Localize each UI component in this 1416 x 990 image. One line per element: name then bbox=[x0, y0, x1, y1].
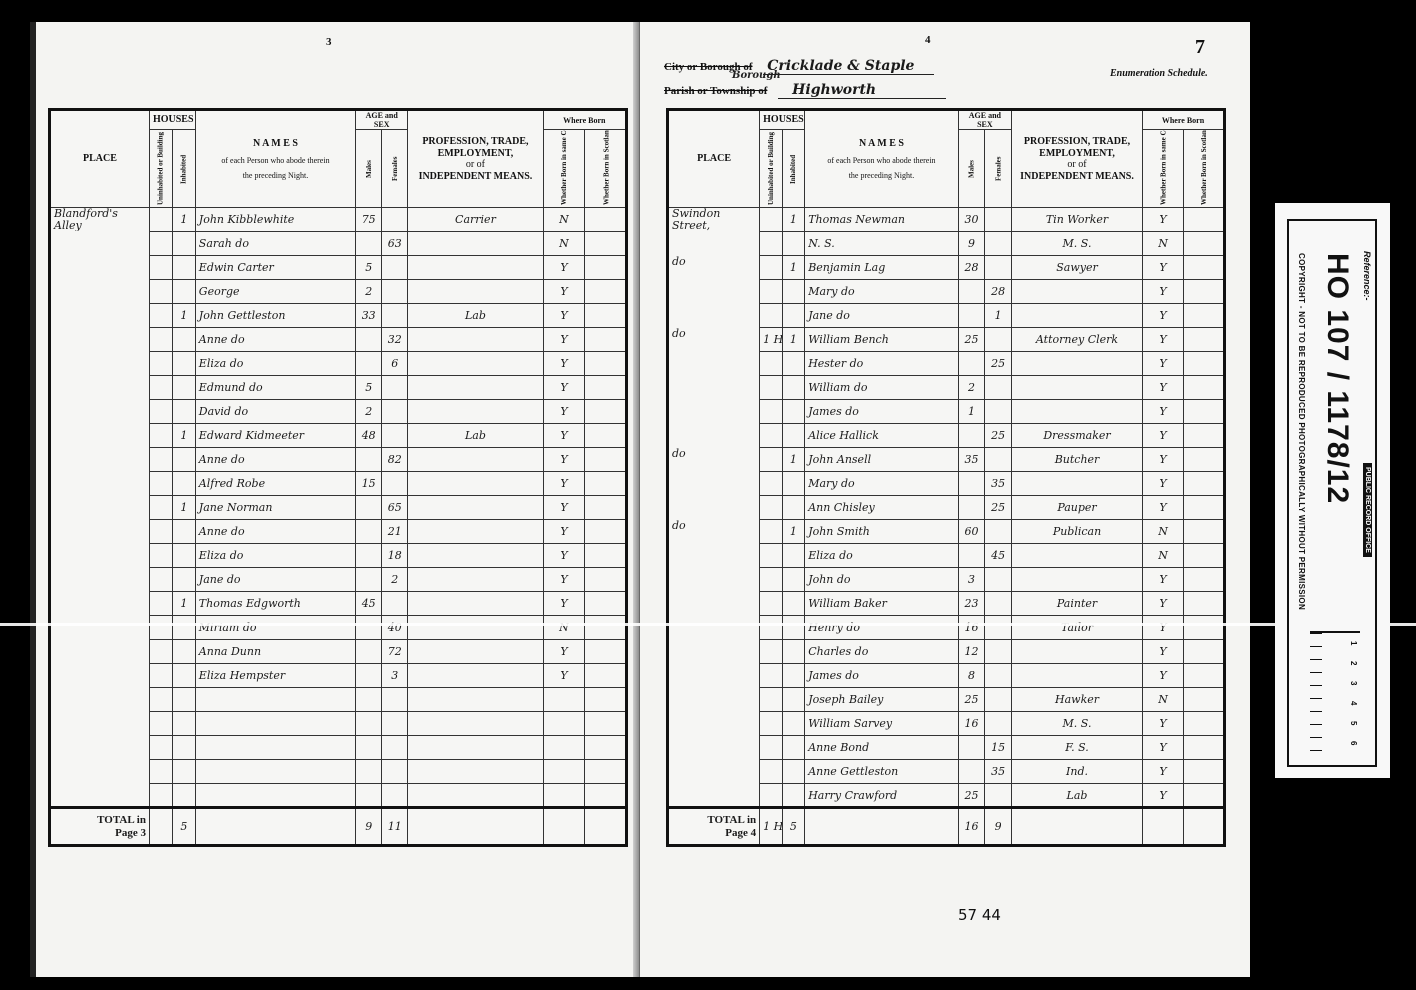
cell-male: 23 bbox=[958, 592, 985, 616]
cell-same-county: Y bbox=[1143, 568, 1184, 592]
cell-inhabited bbox=[172, 352, 195, 376]
cell-place bbox=[50, 664, 150, 688]
cell-place bbox=[668, 400, 760, 424]
cell-occupation bbox=[408, 280, 543, 304]
census-row bbox=[50, 760, 627, 784]
ruler-tick: 6 bbox=[1349, 741, 1358, 745]
cell-uninhabited bbox=[760, 496, 783, 520]
cell-male: 16 bbox=[958, 712, 985, 736]
cell-male: 25 bbox=[958, 784, 985, 808]
total-inhabited: 5 bbox=[782, 808, 805, 846]
census-row bbox=[50, 736, 627, 760]
cell-inhabited bbox=[782, 736, 805, 760]
cell-female bbox=[985, 568, 1012, 592]
cell-uninhabited bbox=[149, 736, 172, 760]
cell-same-county: Y bbox=[1143, 376, 1184, 400]
cell-name bbox=[195, 688, 355, 712]
cell-place bbox=[50, 328, 150, 352]
header-place: PLACE bbox=[668, 110, 760, 208]
cell-occupation bbox=[408, 520, 543, 544]
cell-male bbox=[356, 544, 382, 568]
cell-female bbox=[985, 376, 1012, 400]
cell-male: 12 bbox=[958, 640, 985, 664]
cell-uninhabited bbox=[149, 400, 172, 424]
cell-same-county: Y bbox=[543, 592, 585, 616]
cell-inhabited bbox=[782, 352, 805, 376]
cell-uninhabited bbox=[149, 640, 172, 664]
cell-inhabited bbox=[172, 448, 195, 472]
cell-foreign bbox=[585, 256, 627, 280]
census-row: Eliza do6Y bbox=[50, 352, 627, 376]
cell-male bbox=[356, 616, 382, 640]
cell-female bbox=[382, 472, 408, 496]
cell-female bbox=[382, 760, 408, 784]
cell-uninhabited bbox=[760, 640, 783, 664]
cell-place bbox=[668, 424, 760, 448]
cell-male: 1 bbox=[958, 400, 985, 424]
cell-occupation: Lab bbox=[408, 304, 543, 328]
cell-same-county: Y bbox=[543, 448, 585, 472]
cell-foreign bbox=[1183, 712, 1224, 736]
cell-male bbox=[356, 352, 382, 376]
cell-male: 16 bbox=[958, 616, 985, 640]
parish-label: Parish or Township of bbox=[664, 85, 767, 97]
cell-uninhabited bbox=[760, 760, 783, 784]
cell-female bbox=[382, 280, 408, 304]
cell-name: Edmund do bbox=[195, 376, 355, 400]
header-uninhabited: Uninhabited or Building bbox=[149, 130, 172, 208]
census-row: do1John Smith60PublicanN bbox=[668, 520, 1225, 544]
census-row: Blandford's Alley1John Kibblewhite75Carr… bbox=[50, 208, 627, 232]
cell-place bbox=[668, 688, 760, 712]
total-males: 9 bbox=[356, 808, 382, 846]
cell-same-county: Y bbox=[1143, 736, 1184, 760]
cell-female bbox=[985, 232, 1012, 256]
total-label-line-2: Page 4 bbox=[672, 827, 756, 840]
census-row: Eliza Hempster3Y bbox=[50, 664, 627, 688]
total-uninhabited bbox=[149, 808, 172, 846]
total-label-line-1: TOTAL in bbox=[54, 814, 146, 827]
cell-uninhabited bbox=[149, 496, 172, 520]
cell-uninhabited bbox=[149, 760, 172, 784]
cell-occupation: M. S. bbox=[1011, 232, 1142, 256]
total-label-line-1: TOTAL in bbox=[672, 814, 756, 827]
cell-occupation: Ind. bbox=[1011, 760, 1142, 784]
cell-female: 25 bbox=[985, 352, 1012, 376]
cell-same-county: Y bbox=[1143, 280, 1184, 304]
cell-foreign bbox=[585, 784, 627, 808]
cell-name: Alice Hallick bbox=[805, 424, 959, 448]
cell-female: 25 bbox=[985, 424, 1012, 448]
cell-inhabited bbox=[172, 664, 195, 688]
cell-inhabited bbox=[172, 232, 195, 256]
cell-female bbox=[382, 400, 408, 424]
cell-foreign bbox=[1183, 448, 1224, 472]
cell-name: Eliza do bbox=[195, 352, 355, 376]
census-row: John do3Y bbox=[668, 568, 1225, 592]
cell-foreign bbox=[1183, 544, 1224, 568]
names-sub-1: of each Person who abode therein bbox=[199, 156, 352, 165]
cell-inhabited bbox=[782, 280, 805, 304]
cell-uninhabited bbox=[760, 688, 783, 712]
cell-male bbox=[958, 760, 985, 784]
cell-name: Sarah do bbox=[195, 232, 355, 256]
cell-foreign bbox=[585, 640, 627, 664]
cell-male: 15 bbox=[356, 472, 382, 496]
header-houses: HOUSES bbox=[760, 110, 805, 130]
cell-foreign bbox=[585, 616, 627, 640]
cell-foreign bbox=[1183, 376, 1224, 400]
cell-uninhabited bbox=[760, 784, 783, 808]
cell-uninhabited bbox=[760, 256, 783, 280]
cell-place bbox=[668, 640, 760, 664]
census-row: Anne do32Y bbox=[50, 328, 627, 352]
cell-occupation: Painter bbox=[1011, 592, 1142, 616]
cell-name: Anne do bbox=[195, 520, 355, 544]
cell-male: 25 bbox=[958, 328, 985, 352]
cell-male bbox=[356, 448, 382, 472]
cell-female bbox=[985, 664, 1012, 688]
cell-inhabited bbox=[782, 592, 805, 616]
cell-foreign bbox=[585, 496, 627, 520]
cell-occupation: F. S. bbox=[1011, 736, 1142, 760]
cell-same-county: N bbox=[1143, 232, 1184, 256]
cell-place bbox=[50, 640, 150, 664]
census-row bbox=[50, 784, 627, 808]
cell-uninhabited bbox=[149, 328, 172, 352]
cell-inhabited bbox=[172, 376, 195, 400]
census-row bbox=[50, 688, 627, 712]
cell-male bbox=[958, 304, 985, 328]
census-row: Anne Bond15F. S.Y bbox=[668, 736, 1225, 760]
total-row-left: TOTAL in Page 3 5 9 11 bbox=[50, 808, 627, 846]
census-row: Jane do1Y bbox=[668, 304, 1225, 328]
profession-line-1: PROFESSION, TRADE, bbox=[411, 136, 539, 148]
cell-uninhabited bbox=[760, 520, 783, 544]
cell-name: James do bbox=[805, 400, 959, 424]
cell-same-county: Y bbox=[1143, 424, 1184, 448]
cell-place bbox=[50, 424, 150, 448]
cell-female: 63 bbox=[382, 232, 408, 256]
cell-occupation bbox=[1011, 304, 1142, 328]
cell-foreign bbox=[1183, 664, 1224, 688]
cell-place: Swindon Street, bbox=[668, 208, 760, 232]
cell-inhabited bbox=[782, 664, 805, 688]
cell-uninhabited bbox=[760, 280, 783, 304]
cell-inhabited bbox=[782, 784, 805, 808]
cell-inhabited bbox=[172, 568, 195, 592]
cell-same-county: Y bbox=[1143, 640, 1184, 664]
header-inhabited: Inhabited bbox=[172, 130, 195, 208]
copyright-notice: COPYRIGHT - NOT TO BE REPRODUCED PHOTOGR… bbox=[1297, 253, 1306, 610]
cell-name: Eliza do bbox=[805, 544, 959, 568]
cell-place bbox=[50, 256, 150, 280]
cell-inhabited bbox=[782, 712, 805, 736]
cell-male: 35 bbox=[958, 448, 985, 472]
cell-female bbox=[382, 376, 408, 400]
cell-place bbox=[50, 376, 150, 400]
census-row: Sarah do63N bbox=[50, 232, 627, 256]
header-females: Females bbox=[985, 130, 1012, 208]
cell-uninhabited bbox=[149, 784, 172, 808]
cell-male bbox=[958, 544, 985, 568]
cell-male: 28 bbox=[958, 256, 985, 280]
cell-inhabited: 1 bbox=[782, 520, 805, 544]
cell-foreign bbox=[585, 208, 627, 232]
cell-place: do bbox=[668, 520, 760, 544]
cell-same-county: Y bbox=[543, 400, 585, 424]
header-foreign: Whether Born in Scotland, Ireland, or Fo… bbox=[585, 130, 627, 208]
cell-name: Anna Dunn bbox=[195, 640, 355, 664]
cell-place bbox=[668, 592, 760, 616]
cell-same-county: Y bbox=[1143, 352, 1184, 376]
cell-female: 82 bbox=[382, 448, 408, 472]
cell-male bbox=[356, 568, 382, 592]
total-foreign-blank bbox=[585, 808, 627, 846]
cell-female bbox=[985, 640, 1012, 664]
cell-male bbox=[958, 352, 985, 376]
cell-foreign bbox=[1183, 328, 1224, 352]
header-same-county: Whether Born in same County bbox=[543, 130, 585, 208]
cell-name: Jane do bbox=[805, 304, 959, 328]
cell-inhabited: 1 bbox=[172, 304, 195, 328]
census-row: Eliza do45N bbox=[668, 544, 1225, 568]
cell-foreign bbox=[585, 688, 627, 712]
cell-occupation: Tailor bbox=[1011, 616, 1142, 640]
cell-place bbox=[50, 352, 150, 376]
cell-place: do bbox=[668, 448, 760, 472]
census-row: Harry Crawford25LabY bbox=[668, 784, 1225, 808]
ruler-tick: 5 bbox=[1349, 721, 1358, 725]
cell-name: Anne do bbox=[195, 448, 355, 472]
cell-name: Jane do bbox=[195, 568, 355, 592]
cell-foreign bbox=[585, 736, 627, 760]
census-row bbox=[50, 712, 627, 736]
total-label-line-2: Page 3 bbox=[54, 827, 146, 840]
cell-male: 2 bbox=[356, 400, 382, 424]
cell-foreign bbox=[585, 592, 627, 616]
cell-female bbox=[382, 208, 408, 232]
cell-male bbox=[356, 688, 382, 712]
cell-occupation: Butcher bbox=[1011, 448, 1142, 472]
cell-name: William do bbox=[805, 376, 959, 400]
cell-foreign bbox=[1183, 736, 1224, 760]
cell-uninhabited bbox=[760, 304, 783, 328]
cell-female bbox=[382, 736, 408, 760]
header-inhabited: Inhabited bbox=[782, 130, 805, 208]
cell-name: Benjamin Lag bbox=[805, 256, 959, 280]
cell-place: do bbox=[668, 256, 760, 280]
cell-name: John Smith bbox=[805, 520, 959, 544]
cell-name: David do bbox=[195, 400, 355, 424]
cell-same-county: Y bbox=[543, 568, 585, 592]
cell-occupation bbox=[1011, 376, 1142, 400]
census-row: James do8Y bbox=[668, 664, 1225, 688]
cell-inhabited: 1 bbox=[782, 328, 805, 352]
cell-female bbox=[985, 616, 1012, 640]
cell-foreign bbox=[585, 568, 627, 592]
cell-female: 3 bbox=[382, 664, 408, 688]
cell-place bbox=[668, 280, 760, 304]
header-males: Males bbox=[356, 130, 382, 208]
cell-male bbox=[356, 784, 382, 808]
header-females: Females bbox=[382, 130, 408, 208]
cell-occupation bbox=[408, 352, 543, 376]
cell-uninhabited bbox=[149, 424, 172, 448]
cell-male bbox=[356, 520, 382, 544]
cell-inhabited bbox=[172, 280, 195, 304]
census-row: Henry do16TailorY bbox=[668, 616, 1225, 640]
cell-occupation: Publican bbox=[1011, 520, 1142, 544]
cell-foreign bbox=[1183, 424, 1224, 448]
cell-male bbox=[356, 736, 382, 760]
cell-female bbox=[382, 712, 408, 736]
header-same-county: Whether Born in same County bbox=[1143, 130, 1184, 208]
cell-inhabited bbox=[172, 400, 195, 424]
cell-male bbox=[958, 280, 985, 304]
cell-male bbox=[356, 232, 382, 256]
cell-male bbox=[356, 664, 382, 688]
cell-occupation bbox=[408, 760, 543, 784]
cell-inhabited bbox=[782, 568, 805, 592]
cell-name: Anne do bbox=[195, 328, 355, 352]
cell-female bbox=[382, 784, 408, 808]
cell-foreign bbox=[1183, 304, 1224, 328]
cell-name: Thomas Edgworth bbox=[195, 592, 355, 616]
cell-same-county: Y bbox=[543, 352, 585, 376]
cell-male: 25 bbox=[958, 688, 985, 712]
scale-ruler: 1 2 3 4 5 6 bbox=[1310, 631, 1360, 761]
cell-foreign bbox=[585, 424, 627, 448]
cell-foreign bbox=[1183, 472, 1224, 496]
cell-female: 28 bbox=[985, 280, 1012, 304]
ruler-tick: 1 bbox=[1349, 641, 1358, 645]
cell-same-county: Y bbox=[1143, 664, 1184, 688]
cell-same-county: N bbox=[543, 616, 585, 640]
cell-foreign bbox=[1183, 208, 1224, 232]
cell-same-county: Y bbox=[543, 424, 585, 448]
total-females: 9 bbox=[985, 808, 1012, 846]
cell-name: Eliza do bbox=[195, 544, 355, 568]
census-table-right: PLACE HOUSES N A M E S of each Person wh… bbox=[666, 108, 1226, 847]
cell-foreign bbox=[585, 544, 627, 568]
cell-same-county: Y bbox=[1143, 328, 1184, 352]
cell-uninhabited bbox=[149, 352, 172, 376]
cell-occupation bbox=[1011, 664, 1142, 688]
profession-line-3: or of bbox=[411, 159, 539, 171]
header-houses: HOUSES bbox=[149, 110, 195, 130]
cell-uninhabited bbox=[149, 256, 172, 280]
cell-name: Edward Kidmeeter bbox=[195, 424, 355, 448]
cell-same-county: Y bbox=[1143, 400, 1184, 424]
cell-foreign bbox=[585, 232, 627, 256]
census-row: David do2Y bbox=[50, 400, 627, 424]
cell-inhabited bbox=[172, 544, 195, 568]
cell-same-county: Y bbox=[543, 280, 585, 304]
cell-foreign bbox=[1183, 280, 1224, 304]
cell-same-county: Y bbox=[543, 256, 585, 280]
cell-place bbox=[668, 760, 760, 784]
cell-male bbox=[356, 712, 382, 736]
header-place: PLACE bbox=[50, 110, 150, 208]
cell-name: Mary do bbox=[805, 280, 959, 304]
total-females: 11 bbox=[382, 808, 408, 846]
cell-same-county bbox=[543, 688, 585, 712]
cell-place bbox=[50, 520, 150, 544]
cell-occupation bbox=[408, 496, 543, 520]
census-row: 1Edward Kidmeeter48LabY bbox=[50, 424, 627, 448]
cell-foreign bbox=[585, 712, 627, 736]
cell-male bbox=[958, 424, 985, 448]
cell-occupation: Pauper bbox=[1011, 496, 1142, 520]
cell-male: 2 bbox=[356, 280, 382, 304]
cell-name: Charles do bbox=[805, 640, 959, 664]
cell-foreign bbox=[585, 448, 627, 472]
reference-slip: Reference:- HO 107 / 1178/12 PUBLIC RECO… bbox=[1275, 203, 1390, 778]
census-row: Anne Gettleston35Ind.Y bbox=[668, 760, 1225, 784]
reference-slip-content: Reference:- HO 107 / 1178/12 PUBLIC RECO… bbox=[1288, 223, 1376, 763]
cell-female bbox=[985, 448, 1012, 472]
cell-place bbox=[668, 736, 760, 760]
cell-name: James do bbox=[805, 664, 959, 688]
cell-occupation bbox=[1011, 472, 1142, 496]
cell-uninhabited bbox=[149, 520, 172, 544]
cell-name: Hester do bbox=[805, 352, 959, 376]
cell-uninhabited bbox=[760, 712, 783, 736]
cell-female: 15 bbox=[985, 736, 1012, 760]
profession-line-2: EMPLOYMENT, bbox=[1015, 148, 1139, 160]
cell-name: Harry Crawford bbox=[805, 784, 959, 808]
cell-place bbox=[50, 688, 150, 712]
cell-name: Jane Norman bbox=[195, 496, 355, 520]
cell-uninhabited bbox=[760, 232, 783, 256]
cell-place bbox=[668, 472, 760, 496]
cell-occupation bbox=[408, 232, 543, 256]
cell-female: 35 bbox=[985, 472, 1012, 496]
cell-male: 3 bbox=[958, 568, 985, 592]
ruler-tick: 4 bbox=[1349, 701, 1358, 705]
ruler-tick: 3 bbox=[1349, 681, 1358, 685]
parish-line: Parish or Township of Borough Highworth bbox=[664, 82, 946, 98]
cell-same-county: Y bbox=[1143, 448, 1184, 472]
cell-same-county bbox=[543, 736, 585, 760]
cell-name: Mary do bbox=[805, 472, 959, 496]
cell-uninhabited bbox=[760, 736, 783, 760]
cell-name: William Baker bbox=[805, 592, 959, 616]
header-names: N A M E S of each Person who abode there… bbox=[195, 110, 355, 208]
cell-foreign bbox=[585, 280, 627, 304]
cell-same-county: Y bbox=[543, 304, 585, 328]
cell-occupation: Attorney Clerk bbox=[1011, 328, 1142, 352]
cell-inhabited bbox=[782, 616, 805, 640]
cell-same-county: Y bbox=[1143, 256, 1184, 280]
total-inhabited: 5 bbox=[172, 808, 195, 846]
footer-annotation: 57 44 bbox=[958, 906, 1001, 924]
image-stitch-seam bbox=[0, 623, 1416, 626]
cell-same-county: Y bbox=[543, 328, 585, 352]
cell-foreign bbox=[1183, 400, 1224, 424]
cell-name: Thomas Newman bbox=[805, 208, 959, 232]
profession-line-1: PROFESSION, TRADE, bbox=[1015, 136, 1139, 148]
cell-occupation bbox=[408, 784, 543, 808]
cell-inhabited bbox=[172, 760, 195, 784]
cell-male: 48 bbox=[356, 424, 382, 448]
names-sub-2: the preceding Night. bbox=[199, 171, 352, 180]
cell-place bbox=[668, 568, 760, 592]
cell-uninhabited bbox=[760, 400, 783, 424]
cell-occupation: Sawyer bbox=[1011, 256, 1142, 280]
cell-occupation bbox=[1011, 400, 1142, 424]
